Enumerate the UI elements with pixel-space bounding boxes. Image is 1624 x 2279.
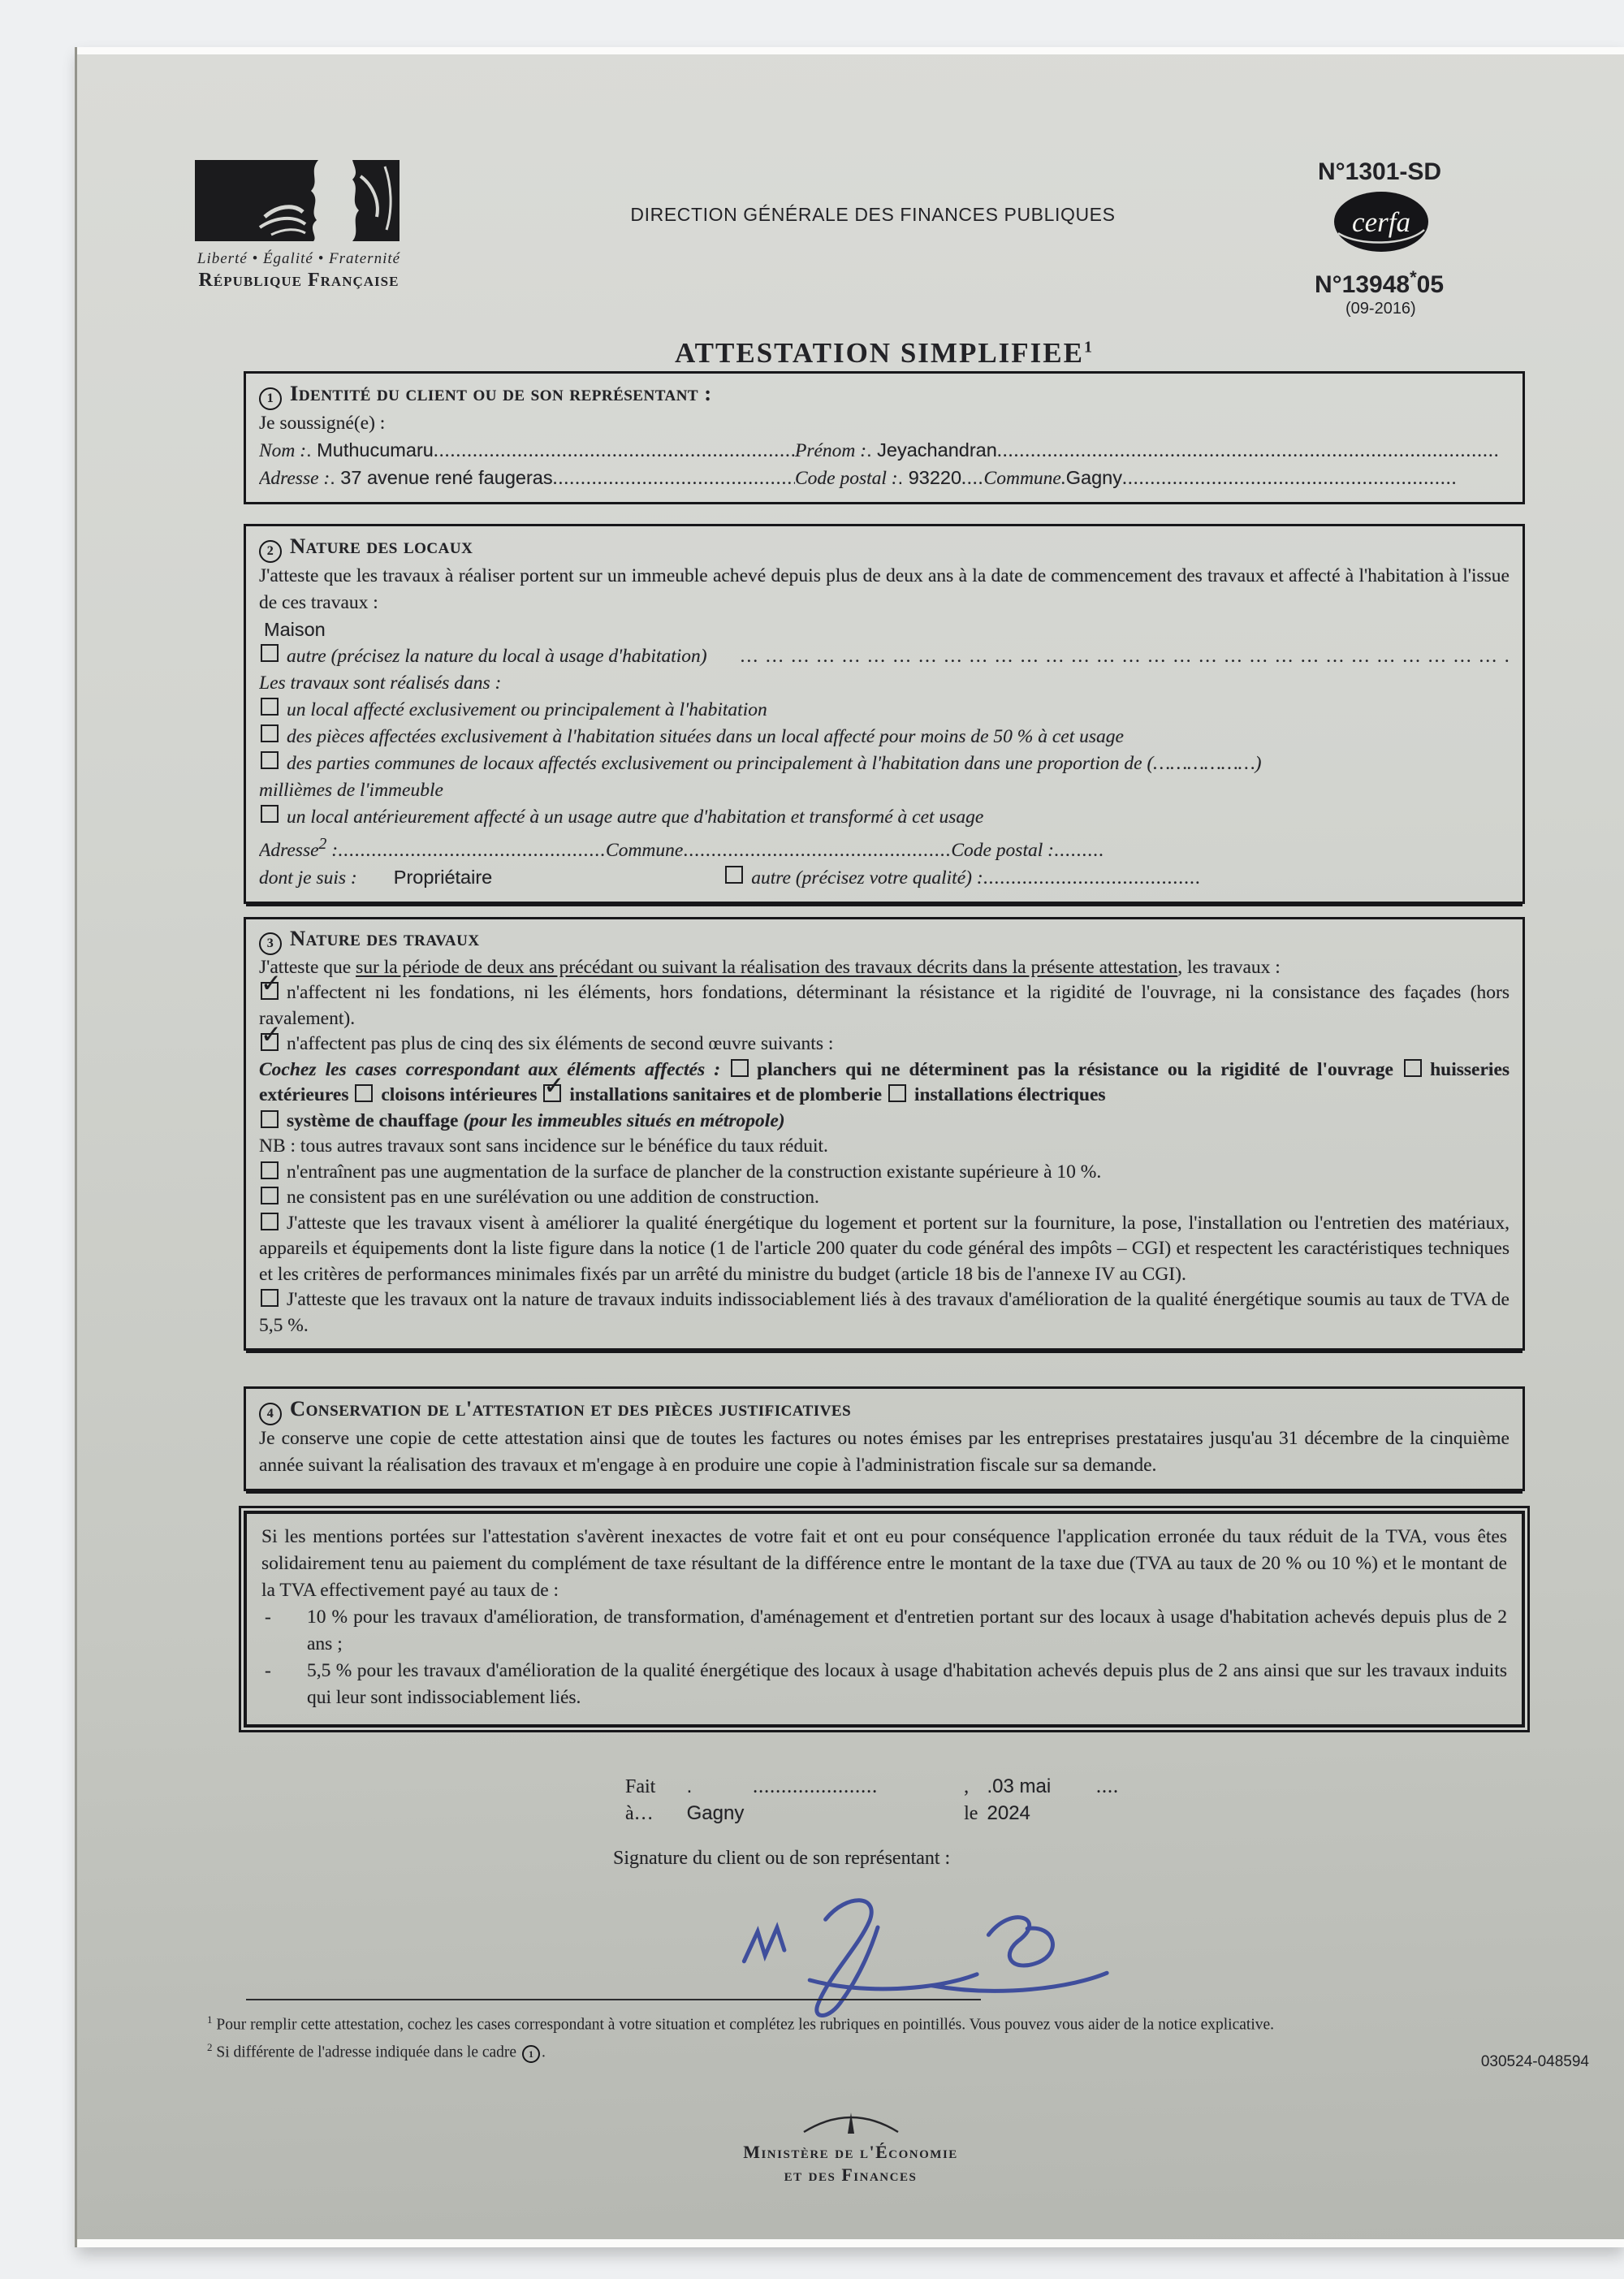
footnote-2: 2 Si différente de l'adresse indiquée da… (207, 2036, 1604, 2064)
travaux-chk5: J'atteste que les travaux visent à améli… (259, 1211, 1510, 1288)
code-postal2-label: Code postal : (951, 837, 1054, 864)
travaux-chk1: n'affectent ni les fondations, ni les él… (259, 980, 1510, 1031)
footnote-separator (246, 1999, 981, 2000)
section-nature-locaux: 2Nature des locaux J'atteste que les tra… (244, 524, 1525, 904)
code-postal2-field[interactable]: ......... (1054, 837, 1510, 864)
section4-heading: 4Conservation de l'attestation et des pi… (259, 1395, 1510, 1425)
ministry-line1: Ministère de l'Économie (77, 2141, 1624, 2164)
cerfa-word: cerfa (1352, 206, 1410, 238)
document-reference: 030524-048594 (1481, 2051, 1589, 2073)
le-label: , le (964, 1774, 987, 1827)
section-nature-travaux: 3Nature des travaux J'atteste que sur la… (244, 917, 1525, 1351)
marianne-republic: République Française (181, 270, 417, 292)
checkbox-cloisons[interactable] (355, 1084, 373, 1102)
fait-city-field[interactable]: . Gagny (687, 1773, 753, 1827)
adresse-field[interactable]: . 37 avenue rené faugeras (330, 465, 552, 491)
ministry-line2: et des Finances (77, 2164, 1624, 2186)
warning-item-1: - 10 % pour les travaux d'amélioration, … (261, 1604, 1507, 1658)
commune-field[interactable]: Gagny (1066, 465, 1122, 491)
checkbox-local-transforme[interactable] (261, 805, 279, 823)
dash-marker: - (261, 1604, 307, 1631)
section2-number-icon: 2 (259, 540, 282, 563)
marianne-flag-icon (190, 158, 408, 243)
travaux-chk3: n'entraînent pas une augmentation de la … (259, 1160, 1510, 1186)
ministry-mark-icon (794, 2101, 908, 2137)
section3-number-icon: 3 (259, 932, 282, 955)
cerfa-logo-icon: cerfa (1332, 189, 1431, 254)
dash-marker: - (261, 1658, 307, 1684)
warning-item-2: - 5,5 % pour les travaux d'amélioration … (261, 1658, 1507, 1711)
cerfa-number: N°13948*05 (1315, 267, 1444, 299)
prenom-label: Prénom : (795, 438, 866, 465)
checkbox-parties-communes[interactable] (261, 751, 279, 769)
cerfa-logo: cerfa (1332, 189, 1431, 258)
fait-a-line: Fait à…. Gagny......................, le… (625, 1773, 1129, 1827)
warning-intro: Si les mentions portées sur l'attestatio… (261, 1524, 1507, 1604)
travaux-chk4: ne consistent pas en une surélévation ou… (259, 1185, 1510, 1211)
section-conservation: 4Conservation de l'attestation et des pi… (244, 1386, 1525, 1491)
scanned-form-page: Liberté • Égalité • Fraternité Républiqu… (77, 47, 1624, 2247)
commune-label: Commune. (984, 465, 1066, 492)
nom-field[interactable]: . Muthucumaru (306, 437, 434, 464)
prenom-field[interactable]: . Jeyachandran (866, 437, 997, 464)
section1-heading: 1Identité du client ou de son représenta… (259, 380, 1510, 410)
identity-intro: Je soussigné(e) : (259, 410, 1510, 437)
marianne-logo: Liberté • Égalité • Fraternité Républiqu… (181, 158, 417, 292)
travaux-chk6: J'atteste que les travaux ont la nature … (259, 1287, 1510, 1338)
section4-number-icon: 4 (259, 1403, 282, 1425)
elements-affectes: Cochez les cases correspondant aux éléme… (259, 1057, 1510, 1135)
form-number: N°1301-SD (1318, 158, 1441, 186)
parties-communes-suite: millièmes de l'immeuble (259, 777, 1510, 804)
page-title: ATTESTATION SIMPLIFIEE1 (244, 337, 1525, 370)
signature-label: Signature du client ou de son représenta… (613, 1845, 1525, 1872)
travaux-intro: J'atteste que sur la période de deux ans… (259, 955, 1510, 981)
checkbox-sanitaires-checked[interactable] (543, 1084, 561, 1102)
code-postal-label: Code postal : (795, 465, 898, 492)
footnotes-block: 1 Pour remplir cette attestation, cochez… (207, 1999, 1604, 2063)
warning-box: Si les mentions portées sur l'attestatio… (244, 1511, 1525, 1728)
checkbox-autre-local[interactable] (261, 644, 279, 662)
adresse2-field[interactable]: ........................................… (338, 837, 606, 864)
section2-heading: 2Nature des locaux (259, 533, 1510, 563)
travaux-realises-label: Les travaux sont réalisés dans : (259, 670, 1510, 697)
checkbox-autre-qualite[interactable] (725, 866, 743, 884)
commune2-label: Commune (606, 837, 683, 864)
travaux-chk2: n'affectent pas plus de cinq des six élé… (259, 1031, 1510, 1057)
checkbox-second-oeuvre-checked[interactable] (261, 1033, 279, 1051)
checkbox-planchers[interactable] (731, 1059, 749, 1077)
footnote-1: 1 Pour remplir cette attestation, cochez… (207, 2009, 1604, 2036)
adresse2-label: Adresse2 : (259, 831, 338, 864)
prenom-dots: ........................................… (997, 438, 1510, 465)
checkbox-surface-plancher[interactable] (261, 1161, 279, 1179)
checkbox-local-exclusif[interactable] (261, 698, 279, 716)
checkbox-qualite-energetique[interactable] (261, 1213, 279, 1230)
dont-je-suis-label: dont je suis : (259, 865, 357, 892)
nom-label: Nom : (259, 438, 306, 465)
qualite-field[interactable]: Propriétaire (394, 864, 492, 891)
code-postal-field[interactable]: . 93220 (898, 465, 961, 491)
nb-note: NB : tous autres travaux sont sans incid… (259, 1134, 1510, 1160)
section1-number-icon: 1 (259, 387, 282, 410)
cadre-1-icon: 1 (522, 2045, 540, 2063)
agency-title: DIRECTION GÉNÉRALE DES FINANCES PUBLIQUE… (516, 204, 1230, 226)
checkbox-huisseries[interactable] (1404, 1059, 1422, 1077)
adresse-dots: ........................................… (553, 465, 795, 492)
marianne-motto: Liberté • Égalité • Fraternité (181, 250, 417, 268)
checkbox-travaux-induits[interactable] (261, 1289, 279, 1307)
type-local-field[interactable]: Maison (259, 616, 1510, 643)
checkbox-chauffage[interactable] (261, 1110, 279, 1128)
date-field[interactable]: .03 mai 2024 (987, 1773, 1097, 1827)
ministry-footer: Ministère de l'Économie et des Finances (77, 2101, 1624, 2186)
checkbox-pieces-habitation[interactable] (261, 724, 279, 742)
section3-heading: 3Nature des travaux (259, 926, 1510, 955)
nom-dots: ........................................… (434, 438, 795, 465)
section-identite: 1Identité du client ou de son représenta… (244, 371, 1525, 504)
adresse-label: Adresse : (259, 465, 330, 492)
conservation-body: Je conserve une copie de cette attestati… (259, 1425, 1510, 1479)
cerfa-star: * (1410, 267, 1417, 288)
checkbox-surelevation[interactable] (261, 1187, 279, 1204)
checkbox-electriques[interactable] (888, 1084, 906, 1102)
commune2-field[interactable]: ........................................… (683, 837, 951, 864)
fait-a-label: Fait à… (625, 1774, 687, 1827)
checkbox-fondations-checked[interactable] (261, 982, 279, 1000)
locaux-intro: J'atteste que les travaux à réaliser por… (259, 563, 1510, 616)
edition-date: (09-2016) (1345, 300, 1416, 318)
